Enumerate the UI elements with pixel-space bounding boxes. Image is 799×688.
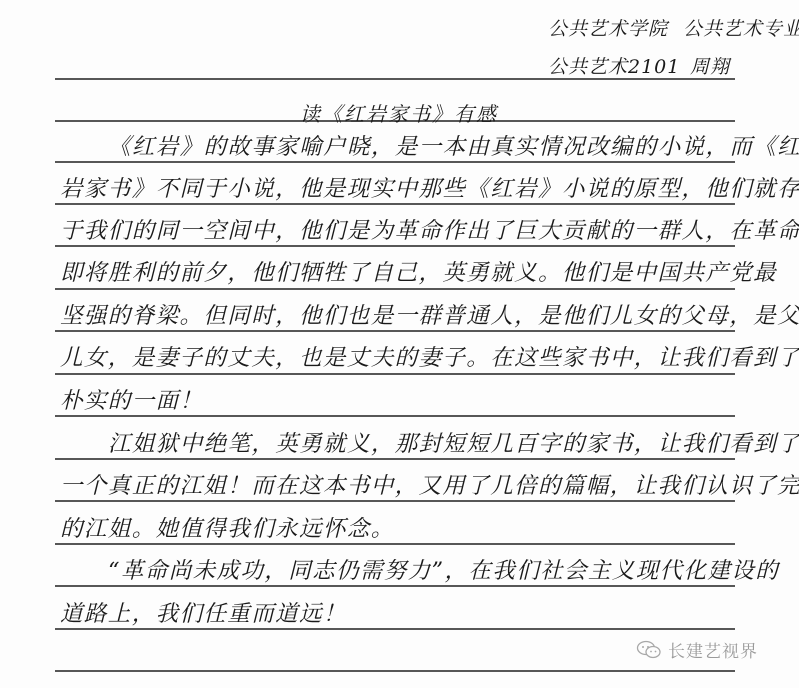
ruled-line: [55, 203, 735, 205]
handwritten-essay-page: 公共艺术学院 公共艺术专业 公共艺术2101 周翔 读《红岩家书》有感 《红岩》…: [0, 0, 799, 688]
essay-line: 的江姐。她值得我们永远怀念。: [60, 518, 395, 541]
class-label: 公共艺术2101: [548, 52, 680, 79]
ruled-line: [55, 330, 735, 332]
essay-line: 于我们的同一空间中，他们是为革命作出了巨大贡献的一群人，在革命: [60, 220, 799, 243]
ruled-line: [55, 500, 735, 502]
ruled-line: [55, 161, 735, 163]
ruled-line: [55, 543, 735, 545]
ruled-line: [55, 373, 735, 375]
essay-line: 儿女，是妻子的丈夫，也是丈夫的妻子。在这些家书中，让我们看到了他们最: [60, 347, 799, 370]
ruled-line: [55, 585, 735, 587]
essay-line: 江姐狱中绝笔，英勇就义，那封短短几百字的家书，让我们看到了: [108, 433, 799, 456]
college-label: 公共艺术学院: [548, 14, 668, 41]
essay-line: 坚强的脊梁。但同时，他们也是一群普通人，是他们儿女的父母，是父母的: [60, 305, 799, 328]
essay-line: 道路上，我们任重而道远！: [60, 603, 347, 626]
major-label: 公共艺术专业: [683, 14, 799, 41]
essay-line: 即将胜利的前夕，他们牺牲了自己，英勇就义。他们是中国共产党最: [60, 262, 777, 285]
essay-line: “革命尚未成功，同志仍需努力”，在我们社会主义现代化建设的: [108, 560, 779, 583]
wechat-watermark: 长建艺视界: [636, 637, 758, 662]
essay-line: 一个真正的江姐！而在这本书中，又用了几倍的篇幅，让我们认识了完整: [60, 475, 799, 498]
ruled-line: [55, 288, 735, 290]
essay-title: 读《红岩家书》有感: [300, 98, 498, 127]
essay-line: 《红岩》的故事家喻户晓，是一本由真实情况改编的小说，而《红: [108, 136, 799, 159]
ruled-line: [55, 458, 735, 460]
ruled-line: [55, 670, 735, 672]
watermark-text: 长建艺视界: [668, 637, 758, 662]
ruled-line: [55, 628, 735, 630]
wechat-icon: [636, 640, 662, 660]
essay-line: 岩家书》不同于小说，他是现实中那些《红岩》小说的原型，他们就存在: [60, 178, 799, 201]
ruled-line: [55, 245, 735, 247]
essay-line: 朴实的一面！: [60, 390, 203, 413]
author-name: 周翔: [690, 52, 730, 79]
ruled-line: [55, 415, 735, 417]
